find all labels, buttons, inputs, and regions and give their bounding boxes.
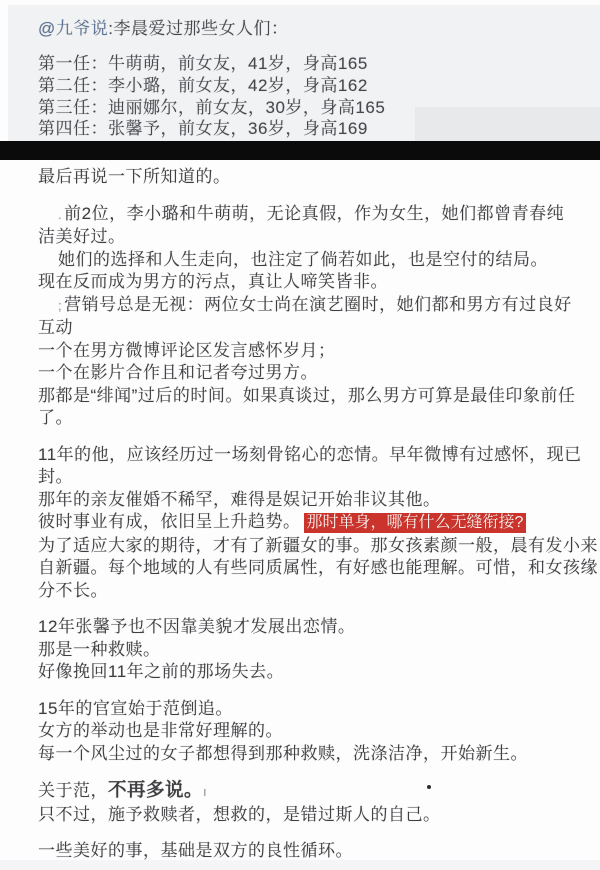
- paragraph: .前2位，李小璐和牛萌萌，无论真假，作为女生，她们都曾青春纯洁美好过。她们的选择…: [38, 203, 572, 430]
- text-line: 只不过，施予救赎者，想救的，是错过斯人的自己。: [38, 804, 572, 827]
- text-segment: 只不过，施予救赎者，想救的，是错过斯人的自己。: [38, 805, 441, 824]
- red-highlight: 那时单身，哪有什么无缝衔接?: [304, 513, 527, 533]
- text-line: .前2位，李小璐和牛萌萌，无论真假，作为女生，她们都曾青春纯: [38, 203, 572, 227]
- text-line: 11年的他，应该经历过一场刻骨铭心的恋情。早年微博有过感怀，现已: [38, 444, 572, 467]
- text-segment: 前2位，李小璐和牛萌萌，无论真假，作为女生，她们都曾青春纯: [64, 204, 564, 223]
- text-segment: 那年的亲友催婚不稀罕，难得是娱记开始非议其他。: [38, 490, 441, 509]
- text-segment: 那是一种救赎。: [38, 640, 161, 659]
- text-line: 互动: [38, 317, 572, 340]
- author-link[interactable]: @九爷说: [38, 19, 108, 38]
- text-segment: 关于范，: [38, 781, 108, 800]
- paragraph: 关于范，不再多说。ı只不过，施予救赎者，想救的，是错过斯人的自己。: [38, 779, 572, 826]
- text-line: 一个在男方微博评论区发言感怀岁月；: [38, 340, 572, 363]
- quote-row: 第二任：李小璐，前女友，42岁，身高162: [38, 75, 600, 97]
- text-line: 每一个风尘过的女子都想得到那种救赎，洗涤洁净，开始新生。: [38, 743, 572, 766]
- text-line: 12年张馨予也不因靠美貌才发展出恋情。: [38, 616, 572, 639]
- text-line: 最后再说一下所知道的。: [38, 166, 572, 189]
- text-segment: 营销号总是无视：两位女士尚在演艺圈时，她们都和男方有过良好: [64, 295, 572, 314]
- text-segment: 女方的举动也是非常好理解的。: [38, 721, 283, 740]
- text-segment: 互动: [38, 318, 73, 337]
- text-segment: 为了适应大家的期待，才有了新疆女的事。那女孩素颜一般，晨有发小来: [38, 536, 598, 555]
- quoted-title-text: :李晨爱过那些女人们：: [108, 19, 288, 38]
- text-segment: 那都是“绯闻”过后的时间。如果真谈过，那么男方可算是最佳印象前任: [38, 386, 575, 405]
- text-segment: 了。: [38, 408, 73, 427]
- text-line: ;营销号总是无视：两位女士尚在演艺圈时，她们都和男方有过良好: [38, 294, 572, 318]
- text-segment: 她们的选择和人生走向，也注定了倘若如此，也是空付的结局。: [58, 250, 548, 269]
- text-segment: 一些美好的事，基础是双方的良性循环。: [38, 841, 353, 860]
- paragraph: 11年的他，应该经历过一场刻骨铭心的恋情。早年微博有过感怀，现已封。那年的亲友催…: [38, 444, 572, 603]
- text-line: 那是一种救赎。: [38, 639, 572, 662]
- quote-row: 第一任：牛萌萌，前女友，41岁，身高165: [38, 53, 600, 75]
- text-segment: 12年张馨予也不因靠美貌才发展出恋情。: [38, 617, 355, 636]
- text-segment: 分不长。: [38, 581, 108, 600]
- text-segment: 自新疆。每个地域的人有些同质属性，有好感也能理解。可惜，和女孩缘: [38, 558, 598, 577]
- bottom-strip: [0, 860, 600, 870]
- text-line: 那都是“绯闻”过后的时间。如果真谈过，那么男方可算是最佳印象前任: [38, 385, 572, 408]
- text-line: 那年的亲友催婚不稀罕，难得是娱记开始非议其他。: [38, 489, 572, 512]
- redaction-bar: [0, 141, 600, 160]
- text-line: 好像挽回11年之前的那场失去。: [38, 661, 572, 684]
- text-segment: 每一个风尘过的女子都想得到那种救赎，洗涤洁净，开始新生。: [38, 744, 528, 763]
- post-screenshot: @九爷说:李晨爱过那些女人们： 第一任：牛萌萌，前女友，41岁，身高165第二任…: [0, 0, 600, 870]
- body-text: 最后再说一下所知道的。.前2位，李小璐和牛萌萌，无论真假，作为女生，她们都曾青春…: [0, 160, 600, 870]
- text-line: 洁美好过。: [38, 226, 572, 249]
- text-line: 自新疆。每个地域的人有些同质属性，有好感也能理解。可惜，和女孩缘: [38, 557, 572, 580]
- quoted-post-title: @九爷说:李晨爱过那些女人们：: [38, 14, 600, 39]
- text-line: 分不长。: [38, 580, 572, 603]
- overlay-patch: [415, 107, 600, 141]
- text-line: 彼时事业有成，依旧呈上升趋势。那时单身，哪有什么无缝衔接?: [38, 511, 572, 535]
- text-line: 她们的选择和人生走向，也注定了倘若如此，也是空付的结局。: [38, 249, 572, 272]
- text-segment: 封。: [38, 467, 73, 486]
- text-segment: 彼时事业有成，依旧呈上升趋势。: [38, 512, 301, 531]
- text-segment: 11年的他，应该经历过一场刻骨铭心的恋情。早年微博有过感怀，现已: [38, 445, 582, 464]
- text-line: 封。: [38, 466, 572, 489]
- text-segment: 好像挽回11年之前的那场失去。: [38, 662, 284, 681]
- text-line: 为了适应大家的期待，才有了新疆女的事。那女孩素颜一般，晨有发小来: [38, 535, 572, 558]
- text-line: 现在反而成为男方的污点，真让人啼笑皆非。: [38, 271, 572, 294]
- text-segment: 15年的官宣始于范倒追。: [38, 699, 233, 718]
- text-line: 15年的官宣始于范倒追。: [38, 698, 572, 721]
- paragraph: 12年张馨予也不因靠美貌才发展出恋情。那是一种救赎。好像挽回11年之前的那场失去…: [38, 616, 572, 684]
- text-segment: 最后再说一下所知道的。: [38, 167, 231, 186]
- paragraph: 最后再说一下所知道的。: [38, 166, 572, 189]
- text-segment: 一个在男方微博评论区发言感怀岁月；: [38, 341, 336, 360]
- text-segment: 现在反而成为男方的污点，真让人啼笑皆非。: [38, 272, 388, 291]
- text-line: 女方的举动也是非常好理解的。: [38, 720, 572, 743]
- paragraph: 15年的官宣始于范倒追。女方的举动也是非常好理解的。每一个风尘过的女子都想得到那…: [38, 698, 572, 766]
- text-line: 关于范，不再多说。ı: [38, 779, 572, 804]
- artifact-dot: [427, 785, 431, 789]
- artifact-mark: ı: [203, 784, 209, 799]
- text-segment: 洁美好过。: [38, 227, 126, 246]
- text-line: 了。: [38, 407, 572, 430]
- bold-emphasis: 不再多说。: [108, 779, 203, 800]
- text-line: 一个在影片合作且和记者夸过男方。: [38, 362, 572, 385]
- text-segment: 一个在影片合作且和记者夸过男方。: [38, 363, 318, 382]
